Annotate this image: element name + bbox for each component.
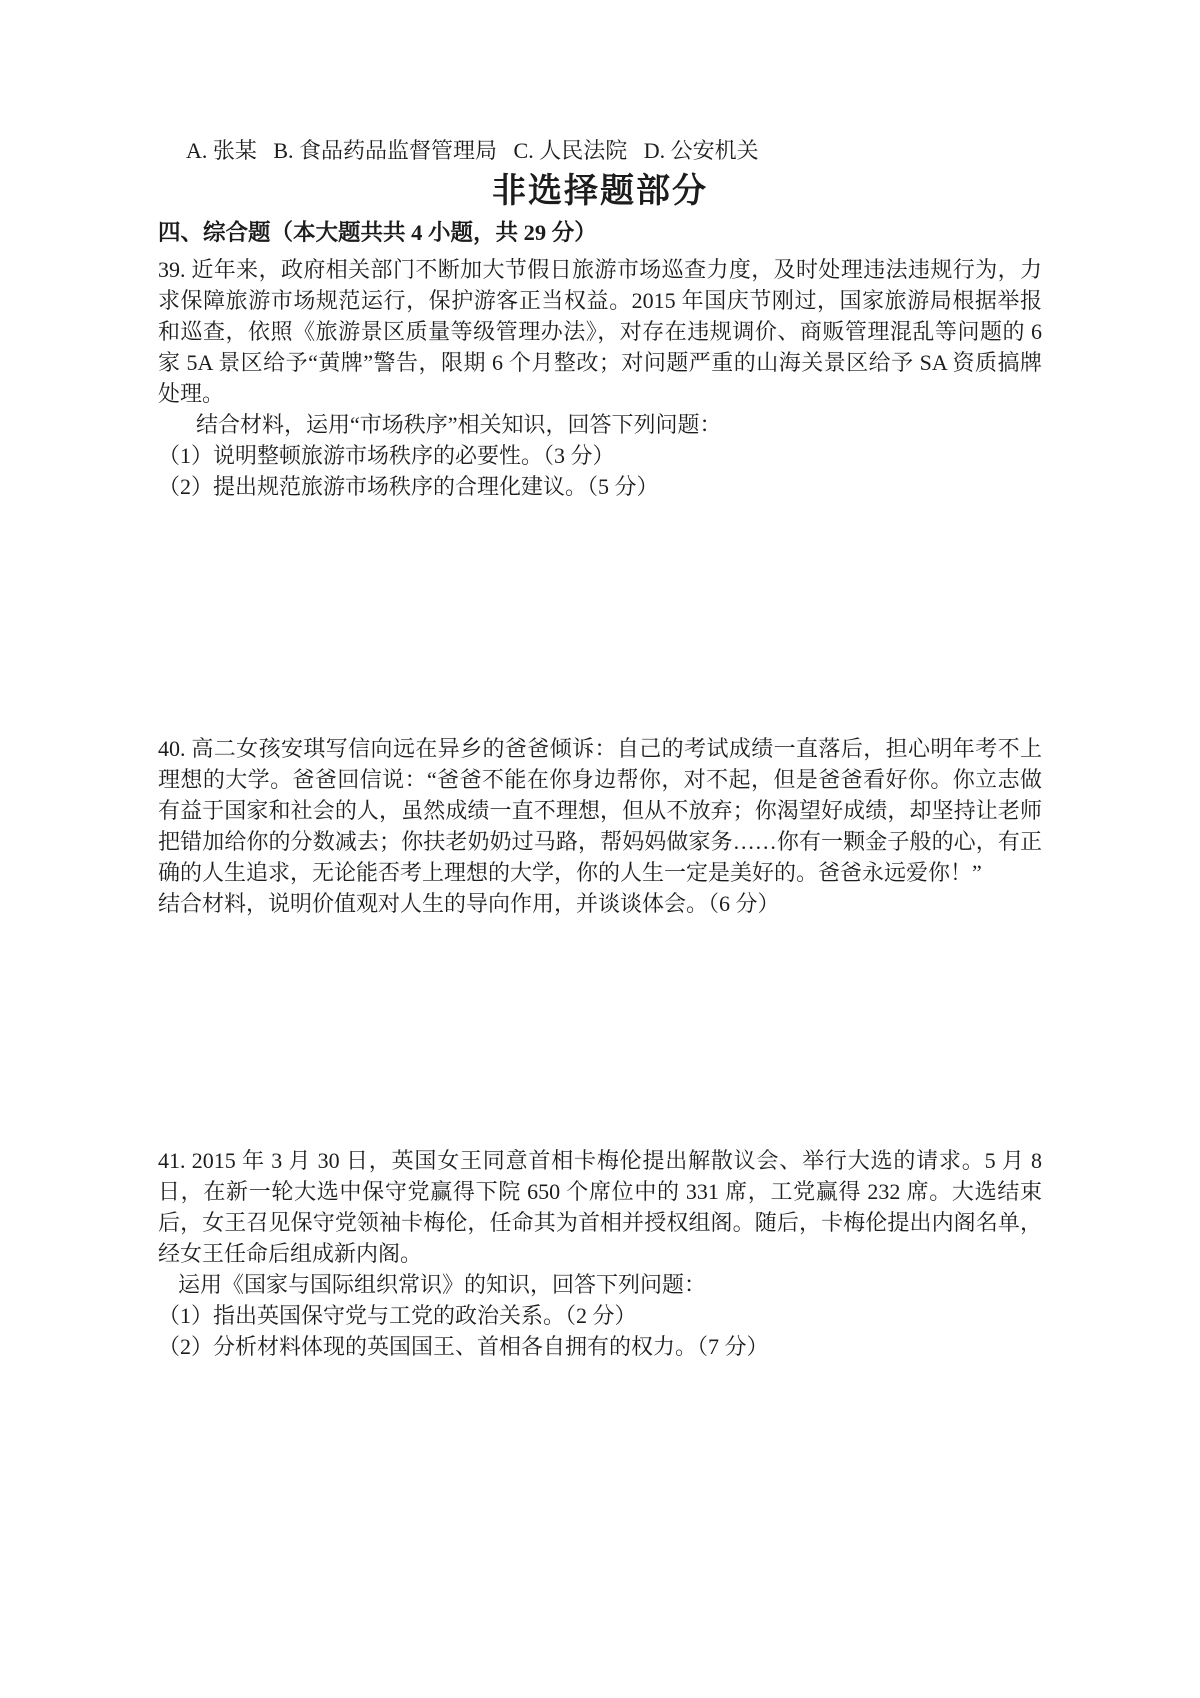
mc-options-line: A. 张某 B. 食品药品监督管理局 C. 人民法院 D. 公安机关	[158, 136, 1042, 166]
part-title: 四、综合题	[158, 220, 271, 245]
answer-space-q40	[158, 919, 1042, 1141]
question-39-prompt: 结合材料，运用“市场秩序”相关知识，回答下列问题：	[158, 409, 1042, 440]
question-41: 41. 2015 年 3 月 30 日，英国女王同意首相卡梅伦提出解散议会、举行…	[158, 1145, 1042, 1362]
question-39: 39. 近年来，政府相关部门不断加大节假日旅游市场巡查力度，及时处理违法违规行为…	[158, 254, 1042, 502]
question-40-body: 40. 高二女孩安琪写信向远在异乡的爸爸倾诉：自己的考试成绩一直落后，担心明年考…	[158, 733, 1042, 888]
question-41-subquestion-1: （1）指出英国保守党与工党的政治关系。（2 分）	[158, 1300, 1042, 1331]
page-content: A. 张某 B. 食品药品监督管理局 C. 人民法院 D. 公安机关 非选择题部…	[158, 136, 1042, 1362]
question-39-subquestion-1: （1）说明整顿旅游市场秩序的必要性。（3 分）	[158, 440, 1042, 471]
question-41-body: 41. 2015 年 3 月 30 日，英国女王同意首相卡梅伦提出解散议会、举行…	[158, 1145, 1042, 1269]
part-header: 四、综合题（本大题共共 4 小题，共 29 分）	[158, 216, 1042, 250]
section-heading: 非选择题部分	[158, 168, 1042, 214]
part-note: （本大题共共 4 小题，共 29 分）	[271, 220, 597, 245]
question-40-prompt: 结合材料，说明价值观对人生的导向作用，并谈谈体会。（6 分）	[158, 888, 1042, 919]
question-41-subquestion-2: （2）分析材料体现的英国国王、首相各自拥有的权力。（7 分）	[158, 1331, 1042, 1362]
question-41-prompt: 运用《国家与国际组织常识》的知识，回答下列问题：	[158, 1269, 1042, 1300]
exam-page: A. 张某 B. 食品药品监督管理局 C. 人民法院 D. 公安机关 非选择题部…	[0, 0, 1200, 1698]
question-40: 40. 高二女孩安琪写信向远在异乡的爸爸倾诉：自己的考试成绩一直落后，担心明年考…	[158, 733, 1042, 919]
answer-space-q39	[158, 502, 1042, 729]
question-39-body: 39. 近年来，政府相关部门不断加大节假日旅游市场巡查力度，及时处理违法违规行为…	[158, 254, 1042, 409]
question-39-subquestion-2: （2）提出规范旅游市场秩序的合理化建议。（5 分）	[158, 471, 1042, 502]
